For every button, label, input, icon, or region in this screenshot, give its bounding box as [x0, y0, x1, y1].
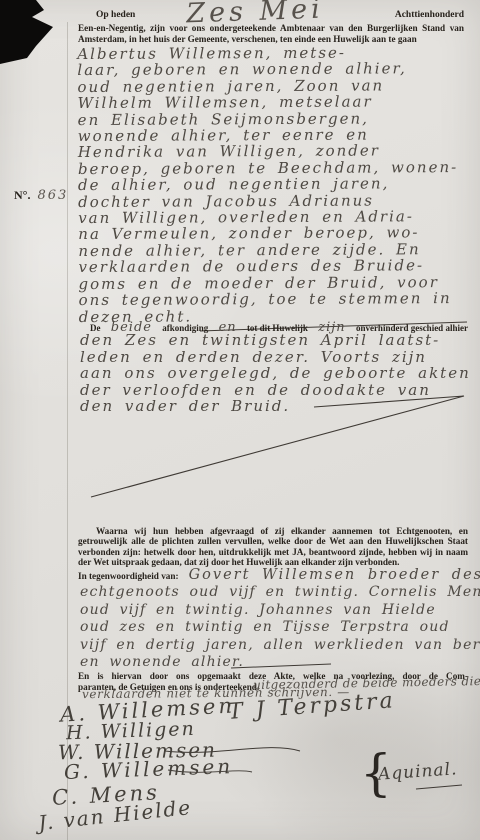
printed-op-heden: Op heden — [96, 10, 135, 20]
vows-paragraph: Waarna wij hun hebben afgevraagd of zij … — [78, 526, 468, 567]
marriage-certificate-page: N°. 863 Zes Mei Op heden Achttienhonderd… — [0, 0, 480, 840]
binding-shadow — [0, 0, 62, 66]
handwritten-line: den Zes en twintigsten April laatst- — [80, 332, 472, 349]
header-line-3: Amsterdam, in het huis der Gemeente, ver… — [78, 34, 464, 44]
printed-achttienhonderd: Achttienhonderd — [395, 10, 464, 20]
handwritten-line: ons tegenwoordig, toe te stemmen in — [79, 290, 471, 308]
signature-witness-willemsen: G. Willemsen — [64, 754, 234, 784]
header-line-2: Een-en-Negentig, zijn voor ons ondergete… — [78, 23, 464, 33]
handwritten-line: oud zes en twintig en Tijsse Terpstra ou… — [80, 619, 472, 637]
witnesses-handwritten-block: echtgenoots oud vijf en twintig. Corneli… — [80, 584, 472, 672]
handwritten-line: de alhier, oud negentien jaren, — [78, 175, 470, 193]
handwritten-line: Wilhelm Willemsen, metselaar — [78, 93, 470, 111]
handwritten-witness-intro: Govert Willemsen broeder des — [189, 567, 480, 583]
signature-registrar: Aquinal. — [377, 759, 458, 784]
handwritten-line: leden en derden dezer. Voorts zijn — [80, 349, 472, 366]
presence-line: In tegenwoordigheid van: Govert Willemse… — [78, 567, 470, 583]
registration-number: N°. 863 — [14, 188, 68, 203]
printed-in-tegenwoordigheid: In tegenwoordigheid van: — [78, 571, 179, 581]
registration-number-value: 863 — [37, 188, 68, 203]
handwritten-line: den vader der Bruid. — [80, 398, 472, 415]
handwritten-line: aan ons overgelegd, de geboorte akten — [80, 365, 472, 382]
handwritten-line: oud vijf en twintig. Johannes van Hielde — [80, 602, 472, 620]
handwritten-line: en wonende alhier. — [80, 654, 472, 672]
parties-handwritten-block: Albertus Willemsen, metse- laar, geboren… — [77, 44, 470, 325]
vows-ja-word: JA — [292, 547, 303, 557]
registration-number-label: N°. — [14, 188, 30, 203]
announcement-handwritten-block: den Zes en twintigsten April laatst- led… — [80, 332, 472, 415]
header-line-1: Op heden Achttienhonderd — [78, 10, 464, 20]
handwritten-line: vijf en dertig jaren, allen werklieden v… — [80, 637, 472, 655]
handwritten-line: echtgenoots oud vijf en twintig. Corneli… — [80, 584, 472, 602]
handwritten-line: der verloofden en de doodakte van — [80, 382, 472, 399]
